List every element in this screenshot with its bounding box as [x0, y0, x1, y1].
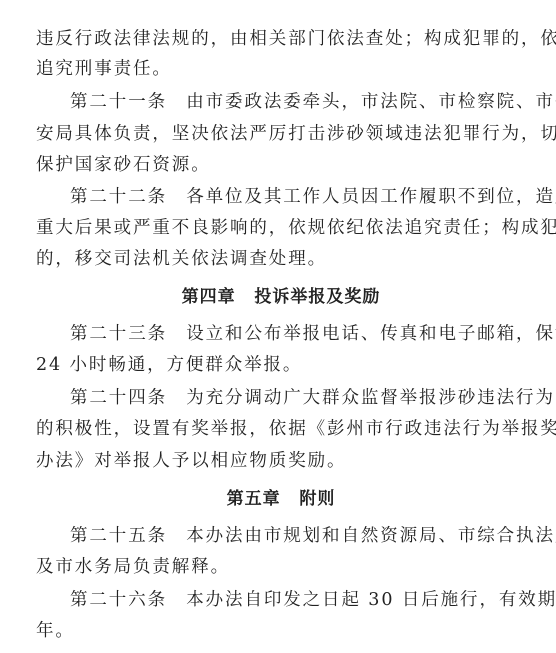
chapter-4-heading: 第四章投诉举报及奖励 — [36, 287, 526, 307]
chapter-title: 附则 — [299, 489, 335, 509]
article-25: 第二十五条本办法由市规划和自然资源局、市综合执法局 — [70, 526, 526, 546]
article-24: 第二十四条为充分调动广大群众监督举报涉砂违法行为 — [70, 388, 526, 408]
text-line: 保护国家砂石资源。 — [36, 155, 526, 175]
article-text: 各单位及其工作人员因工作履职不到位，造成 — [186, 187, 556, 207]
text-line: 年。 — [36, 621, 526, 641]
text-line: 的，移交司法机关依法调查处理。 — [36, 249, 526, 269]
article-number: 第二十一条 — [70, 92, 167, 112]
article-number: 第二十二条 — [70, 187, 167, 207]
text-line: 重大后果或严重不良影响的，依规依纪依法追究责任；构成犯罪 — [36, 218, 526, 238]
text-line: 追究刑事责任。 — [36, 59, 526, 79]
text-line: 24 小时畅通，方便群众举报。 — [36, 355, 526, 375]
article-21: 第二十一条由市委政法委牵头，市法院、市检察院、市公 — [70, 92, 526, 112]
article-text: 设立和公布举报电话、传真和电子邮箱，保证 — [186, 324, 556, 344]
article-number: 第二十四条 — [70, 388, 167, 408]
text-line: 办法》对举报人予以相应物质奖励。 — [36, 451, 526, 471]
article-23: 第二十三条设立和公布举报电话、传真和电子邮箱，保证 — [70, 324, 526, 344]
chapter-number: 第四章 — [182, 287, 236, 307]
text-line: 违反行政法律法规的，由相关部门依法查处；构成犯罪的，依法 — [36, 29, 526, 49]
article-number: 第二十六条 — [70, 590, 167, 610]
chapter-number: 第五章 — [227, 489, 281, 509]
article-text: 本办法由市规划和自然资源局、市综合执法局 — [186, 526, 556, 546]
chapter-title: 投诉举报及奖励 — [254, 287, 380, 307]
article-number: 第二十三条 — [70, 324, 167, 344]
chapter-5-heading: 第五章附则 — [36, 489, 526, 509]
text-line: 安局具体负责，坚决依法严厉打击涉砂领域违法犯罪行为，切实 — [36, 124, 526, 144]
article-text: 本办法自印发之日起 30 日后施行，有效期 2 — [186, 590, 556, 610]
text-line: 及市水务局负责解释。 — [36, 557, 526, 577]
article-text: 由市委政法委牵头，市法院、市检察院、市公 — [186, 92, 556, 112]
article-22: 第二十二条各单位及其工作人员因工作履职不到位，造成 — [70, 187, 526, 207]
article-text: 为充分调动广大群众监督举报涉砂违法行为 — [186, 388, 555, 408]
article-26: 第二十六条本办法自印发之日起 30 日后施行，有效期 2 — [70, 590, 526, 610]
article-number: 第二十五条 — [70, 526, 167, 546]
text-line: 的积极性，设置有奖举报，依据《彭州市行政违法行为举报奖励 — [36, 419, 526, 439]
